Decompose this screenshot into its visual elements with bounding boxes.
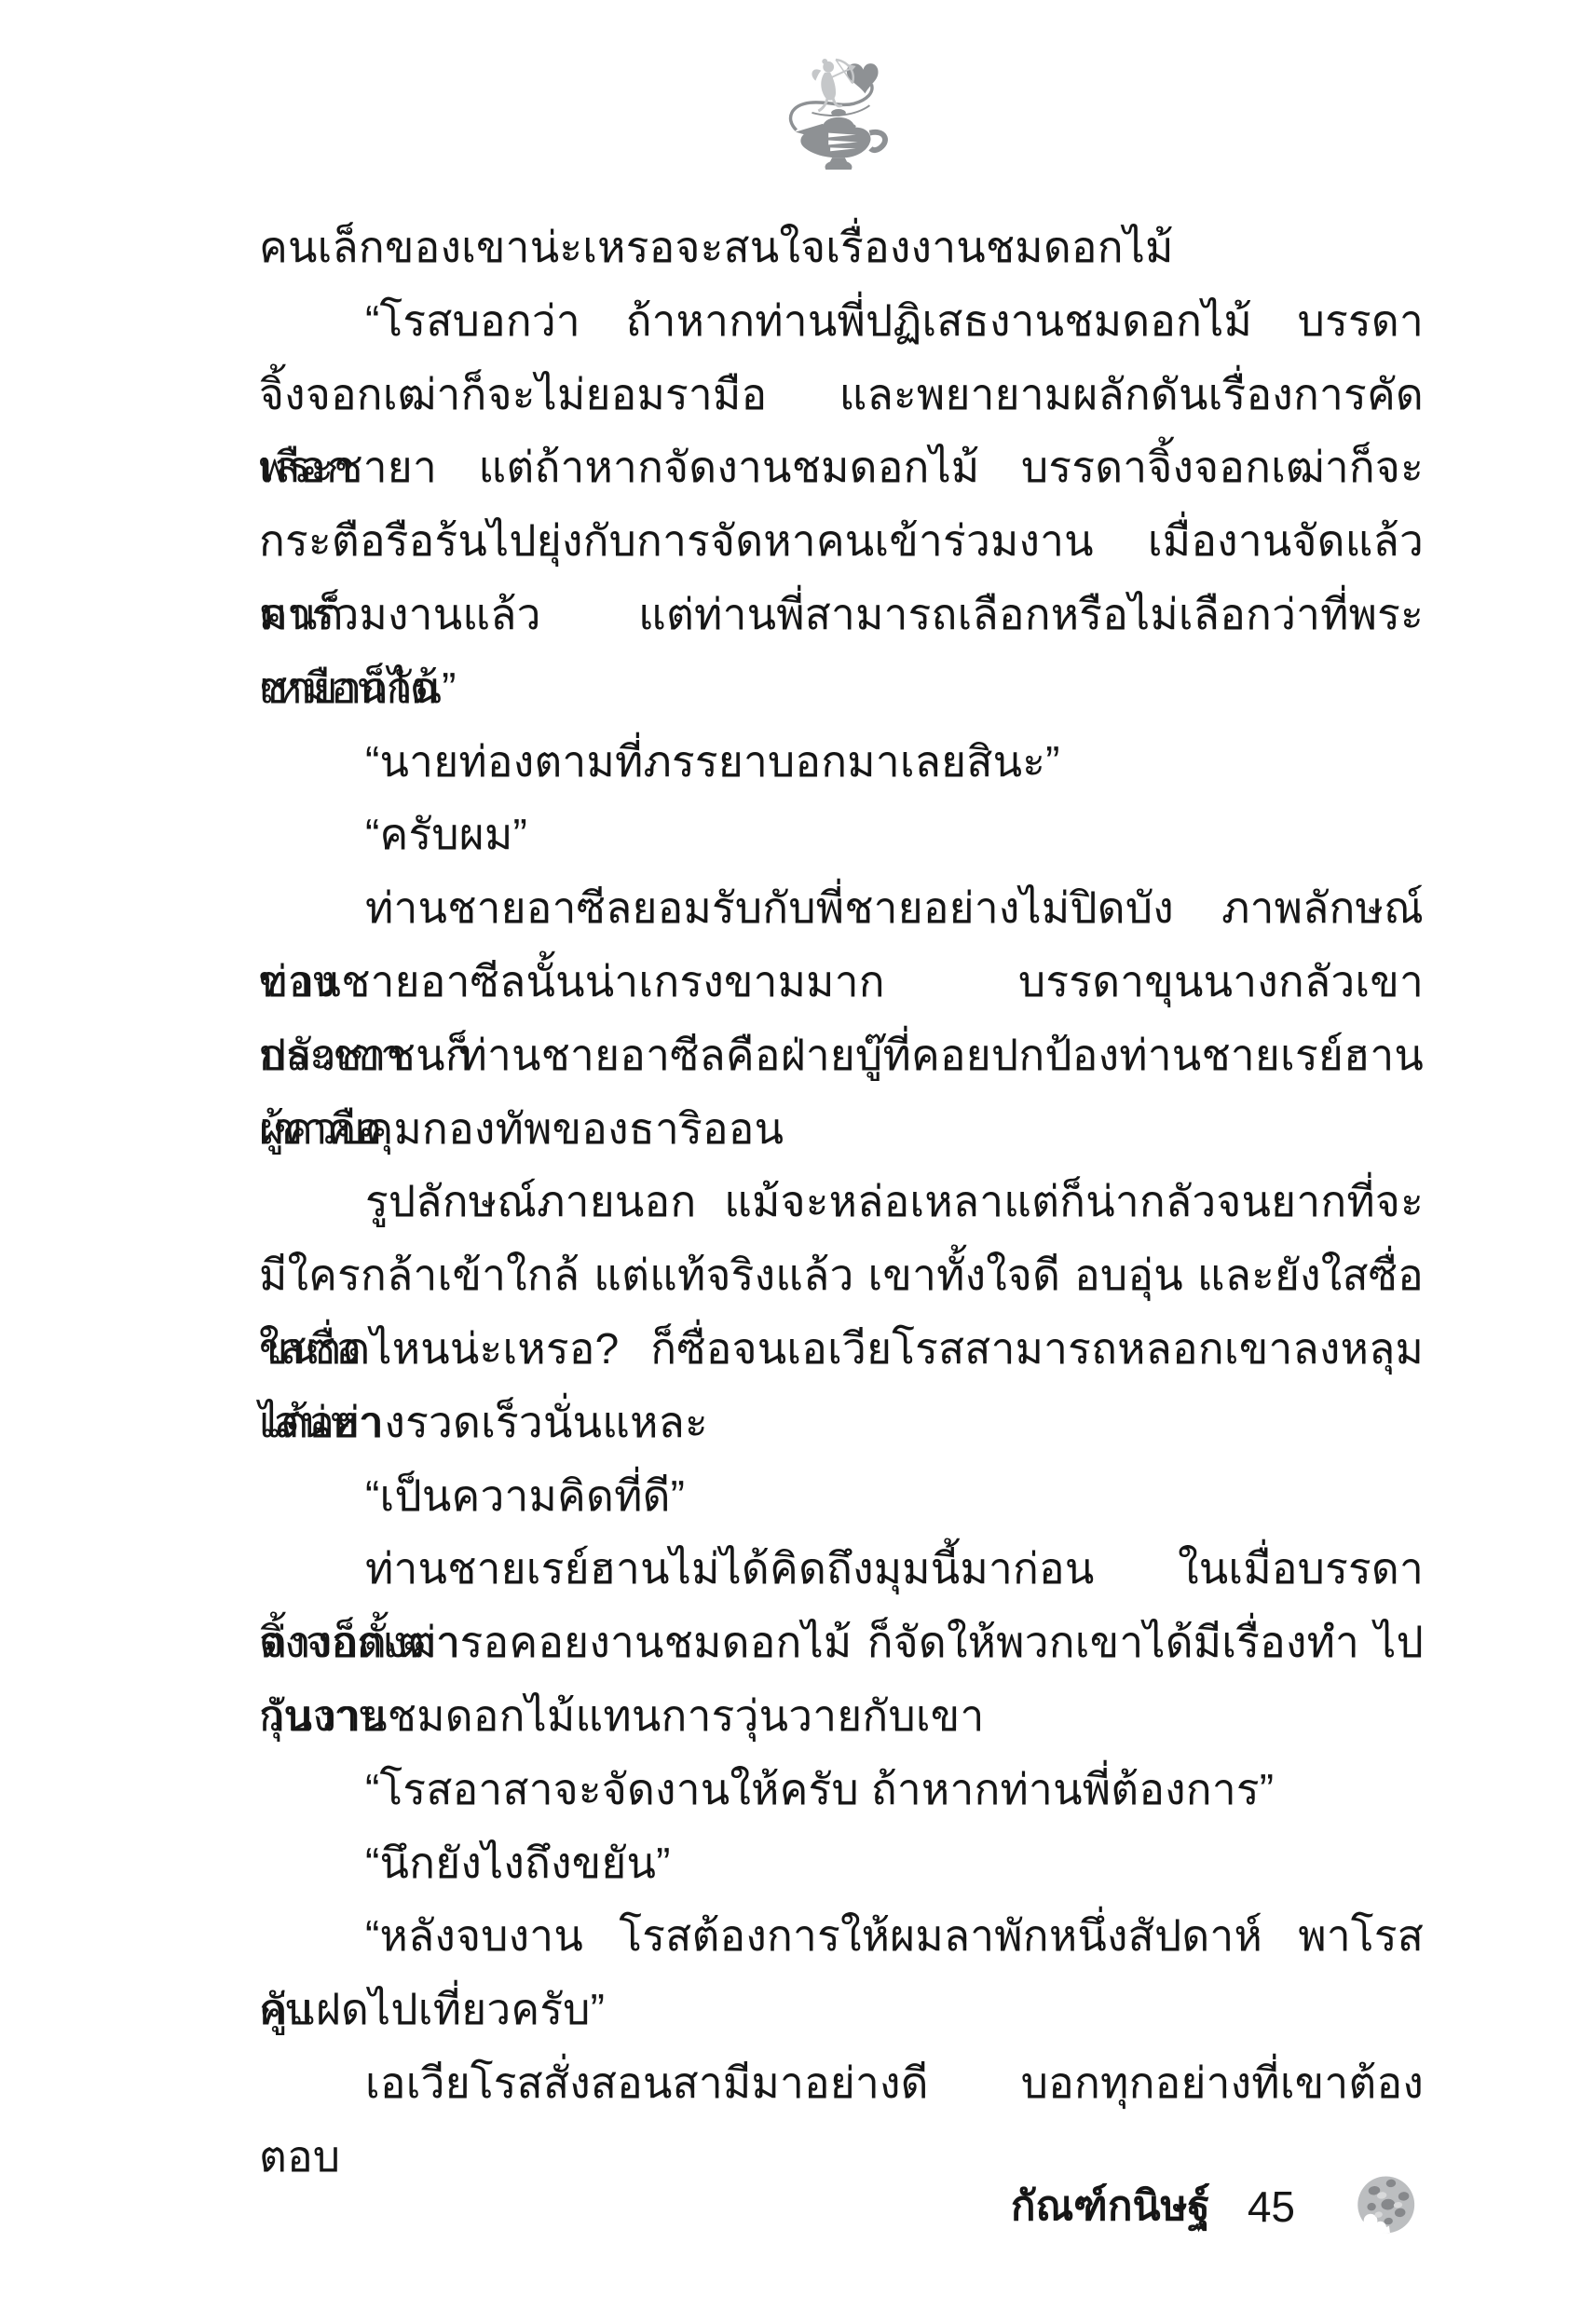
text-line: “โรสบอกว่า ถ้าหากท่านพี่ปฏิเสธงานชมดอกไม… [259, 284, 1424, 358]
text-line: กลัวเขา ท่านชายอาซีลคือฝ่ายบู๊ที่คอยปกป้… [259, 1019, 1424, 1092]
body-text: คนเล็กของเขาน่ะเหรอจะสนใจเรื่องงานชมดอกไ… [259, 211, 1424, 2120]
genie-lamp [796, 109, 885, 170]
text-line: ได้อย่างรวดเร็วนั่นแหละ [259, 1386, 1424, 1459]
footer: กัณฑ์กนิษฐ์ 45 [1011, 2167, 1425, 2246]
text-line: ผู้ควบคุมกองทัพของธาริออน [259, 1092, 1424, 1166]
book-title: กัณฑ์กนิษฐ์ [1011, 2169, 1210, 2244]
text-line: “นายท่องตามที่ภรรยาบอกมาเลยสินะ” [259, 725, 1424, 799]
text-line: “เป็นความคิดที่ดี” [259, 1459, 1424, 1533]
text-line: เหมือนกัน” [259, 651, 1424, 725]
text-line: พระชายา แต่ถ้าหากจัดงานชมดอกไม้ บรรดาจิ้… [259, 431, 1424, 504]
text-line: “โรสอาสาจะจัดงานให้ครับ ถ้าหากท่านพี่ต้อ… [259, 1753, 1424, 1826]
text-line: “ครับผม” [259, 798, 1424, 871]
text-line: รูปลักษณ์ภายนอก แม้จะหล่อเหลาแต่ก็น่ากลั… [259, 1165, 1424, 1238]
text-line: มีใครกล้าเข้าใกล้ แต่แท้จริงแล้ว เขาทั้ง… [259, 1238, 1424, 1312]
text-line: ท่านชายเรย์ฮานไม่ได้คิดถึงมุมนี้มาก่อน ใ… [259, 1532, 1424, 1606]
text-line: ขนาดไหนน่ะเหรอ? ก็ซื่อจนเอเวียโรสสามารถห… [259, 1312, 1424, 1386]
book-page: คนเล็กของเขาน่ะเหรอจะสนใจเรื่องงานชมดอกไ… [0, 0, 1596, 2311]
text-line: คู่แฝดไปเที่ยวครับ” [259, 1973, 1424, 2046]
text-line: จิ้งจอกเฒ่าก็จะไม่ยอมรามือ และพยายามผลัก… [259, 358, 1424, 431]
text-line: คนเล็กของเขาน่ะเหรอจะสนใจเรื่องงานชมดอกไ… [259, 211, 1424, 284]
text-line: ท่านชายอาซีลยอมรับกับพี่ชายอย่างไม่ปิดบั… [259, 871, 1424, 945]
page-number: 45 [1248, 2169, 1295, 2244]
text-line: มาร่วมงานแล้ว แต่ท่านพี่สามารถเลือกหรือไ… [259, 578, 1424, 651]
text-line: “นึกยังไงถึงขยัน” [259, 1826, 1424, 1900]
text-line: เอเวียโรสสั่งสอนสามีมาอย่างดี บอกทุกอย่า… [259, 2046, 1424, 2120]
text-line: กระตือรือร้นไปยุ่งกับการจัดหาคนเข้าร่วมง… [259, 504, 1424, 578]
cupid-genie-lamp-icon [783, 52, 893, 171]
text-line: กับงานชมดอกไม้แทนการวุ่นวายกับเขา [259, 1679, 1424, 1753]
text-line: ต่างก็ตั้งตารอคอยงานชมดอกไม้ ก็จัดให้พวก… [259, 1606, 1424, 1679]
text-line: ท่านชายอาซีลนั้นน่าเกรงขามมาก บรรดาขุนนา… [259, 945, 1424, 1019]
text-line: “หลังจบงาน โรสต้องการให้ผมลาพักหนึ่งสัปด… [259, 1899, 1424, 1973]
bitten-cookie-icon [1347, 2167, 1425, 2246]
